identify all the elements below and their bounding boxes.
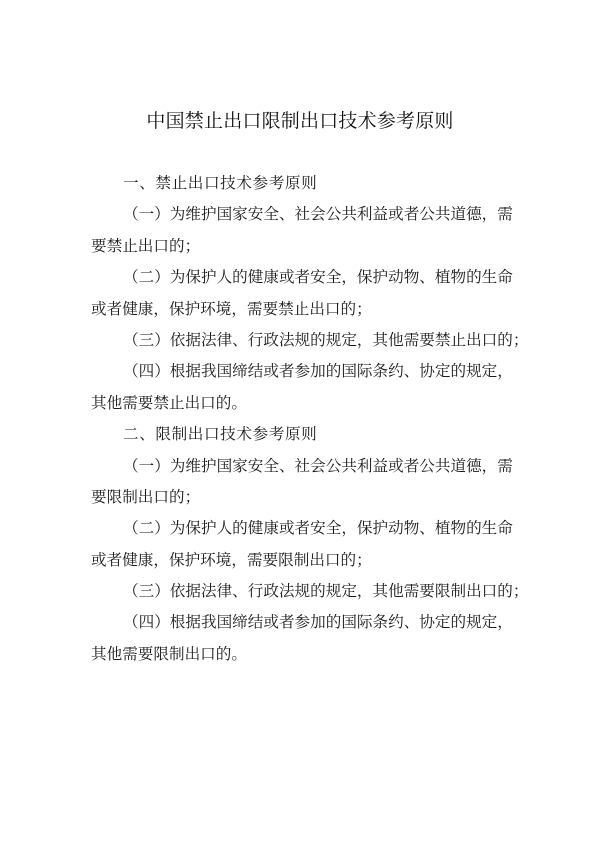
paragraph-line: 要禁止出口的； <box>91 231 511 262</box>
paragraph-line: 其他需要禁止出口的。 <box>91 388 511 419</box>
document-body: 一、禁止出口技术参考原则 （一）为维护国家安全、社会公共利益或者公共道德，需 要… <box>91 168 511 670</box>
document-page: 中国禁止出口限制出口技术参考原则 一、禁止出口技术参考原则 （一）为维护国家安全… <box>0 0 600 848</box>
paragraph-line: （二）为保护人的健康或者安全，保护动物、植物的生命 <box>91 262 511 293</box>
paragraph-line: （四）根据我国缔结或者参加的国际条约、协定的规定， <box>91 356 511 387</box>
paragraph-line: （一）为维护国家安全、社会公共利益或者公共道德，需 <box>91 451 511 482</box>
document-title: 中国禁止出口限制出口技术参考原则 <box>0 108 600 134</box>
section-heading-restricted: 二、限制出口技术参考原则 <box>91 419 511 450</box>
paragraph-line: （一）为维护国家安全、社会公共利益或者公共道德，需 <box>91 199 511 230</box>
paragraph-line: 其他需要限制出口的。 <box>91 639 511 670</box>
paragraph-line: 或者健康，保护环境，需要禁止出口的； <box>91 294 511 325</box>
paragraph-line: （三）依据法律、行政法规的规定，其他需要限制出口的； <box>91 576 511 607</box>
paragraph-line: 要限制出口的； <box>91 482 511 513</box>
paragraph-line: （三）依据法律、行政法规的规定，其他需要禁止出口的； <box>91 325 511 356</box>
paragraph-line: 或者健康，保护环境，需要限制出口的； <box>91 545 511 576</box>
paragraph-line: （二）为保护人的健康或者安全，保护动物、植物的生命 <box>91 513 511 544</box>
section-heading-prohibited: 一、禁止出口技术参考原则 <box>91 168 511 199</box>
paragraph-line: （四）根据我国缔结或者参加的国际条约、协定的规定， <box>91 607 511 638</box>
